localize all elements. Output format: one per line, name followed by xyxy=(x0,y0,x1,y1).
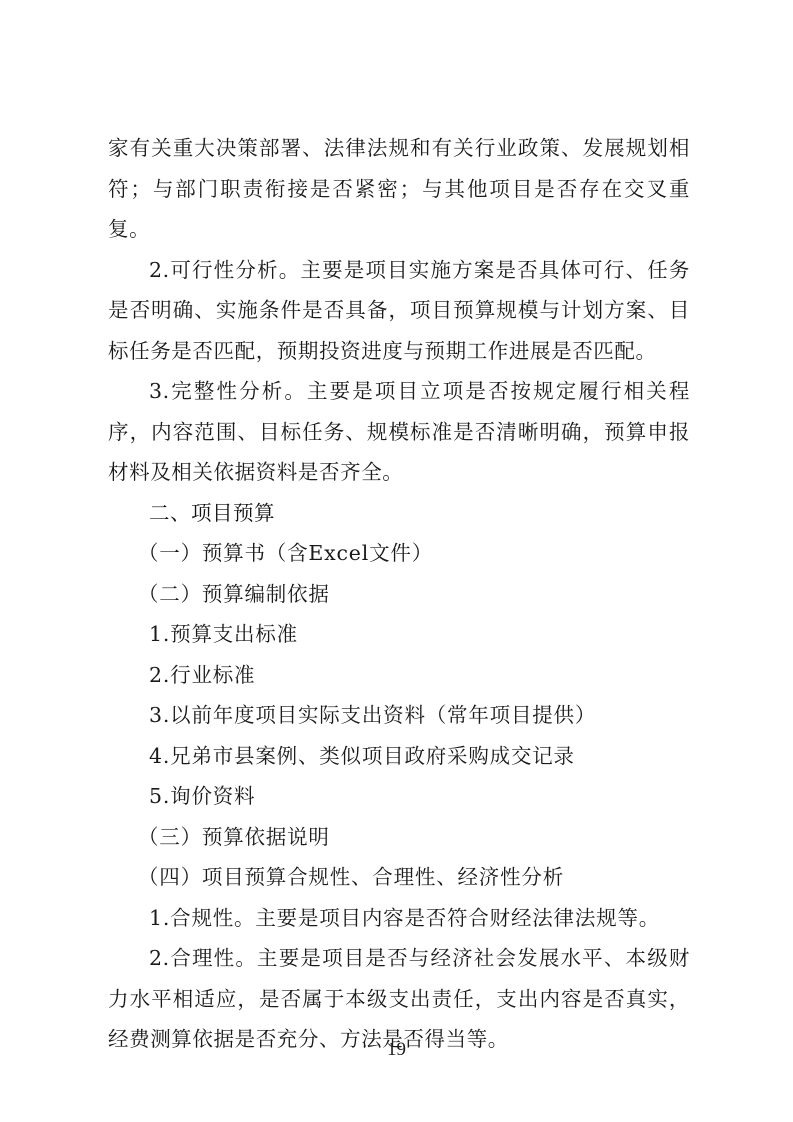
subsection-budget-book: （一）预算书（含Excel文件） xyxy=(108,533,690,574)
page-number: 19 xyxy=(0,1039,793,1061)
paragraph-feasibility-analysis: 2.可行性分析。主要是项目实施方案是否具体可行、任务是否明确、实施条件是否具备，… xyxy=(108,250,690,372)
paragraph-completeness-analysis: 3.完整性分析。主要是项目立项是否按规定履行相关程序，内容范围、目标任务、规模标… xyxy=(108,371,690,493)
section-heading-project-budget: 二、项目预算 xyxy=(108,493,690,534)
list-item-price-inquiry: 5.询价资料 xyxy=(108,776,690,817)
document-page: 家有关重大决策部署、法律法规和有关行业政策、发展规划相符；与部门职责衔接是否紧密… xyxy=(108,128,690,1060)
list-item-prior-year-data: 3.以前年度项目实际支出资料（常年项目提供） xyxy=(108,695,690,736)
paragraph-compliance: 1.合规性。主要是项目内容是否符合财经法律法规等。 xyxy=(108,898,690,939)
list-item-industry-standard: 2.行业标准 xyxy=(108,655,690,696)
subsection-compliance-analysis: （四）项目预算合规性、合理性、经济性分析 xyxy=(108,857,690,898)
list-item-expenditure-standard: 1.预算支出标准 xyxy=(108,614,690,655)
list-item-peer-cases: 4.兄弟市县案例、类似项目政府采购成交记录 xyxy=(108,736,690,777)
paragraph-continuation: 家有关重大决策部署、法律法规和有关行业政策、发展规划相符；与部门职责衔接是否紧密… xyxy=(108,128,690,250)
subsection-basis-explanation: （三）预算依据说明 xyxy=(108,817,690,858)
subsection-budget-basis: （二）预算编制依据 xyxy=(108,574,690,615)
